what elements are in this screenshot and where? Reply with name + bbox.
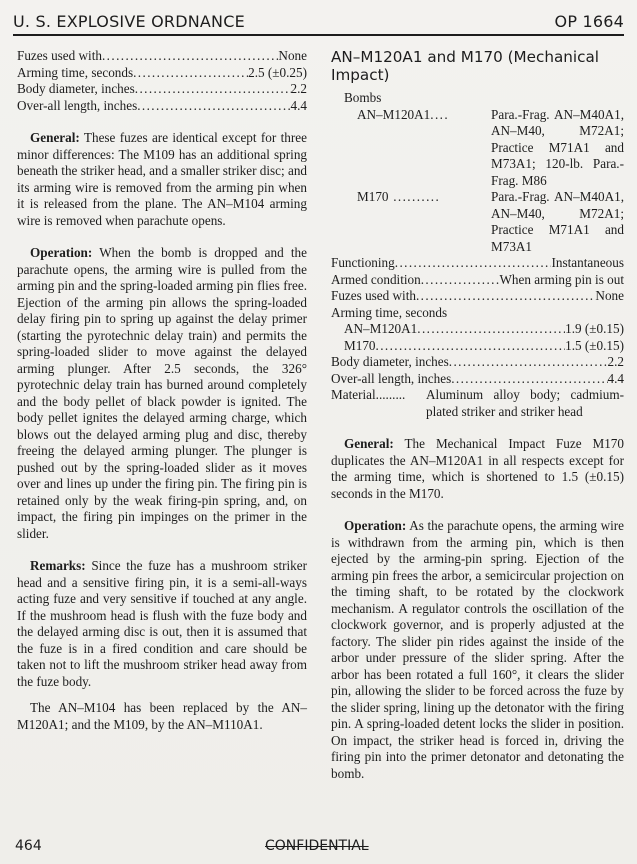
spec-row: Arming time, seconds 2.5 (±0.25) bbox=[17, 65, 307, 82]
arming-time-label: Arming time, seconds bbox=[331, 305, 624, 322]
leader-dots bbox=[133, 65, 248, 82]
spec-label: Fuzes used with bbox=[331, 288, 416, 305]
leader-dots bbox=[451, 371, 607, 388]
left-column: Fuzes used with None Arming time, second… bbox=[17, 48, 307, 733]
classification-mark: CONFIDENTIAL bbox=[265, 838, 369, 854]
spec-label: Body diameter, inches bbox=[331, 354, 449, 371]
operation-text: As the parachute opens, the arming wire … bbox=[331, 518, 624, 781]
spec-label: M170 bbox=[344, 338, 376, 355]
spec-label: Functioning bbox=[331, 255, 395, 272]
spec-label: Over-all length, inches bbox=[17, 98, 137, 115]
spec-label: Fuzes used with bbox=[17, 48, 102, 65]
page-footer: 464 CONFIDENTIAL bbox=[15, 838, 622, 856]
header-title: U. S. EXPLOSIVE ORDNANCE bbox=[13, 12, 245, 31]
operation-text: When the bomb is dropped and the parachu… bbox=[17, 245, 307, 541]
spec-value: Instantaneous bbox=[551, 255, 624, 272]
spec-row: Body diameter, inches 2.2 bbox=[17, 81, 307, 98]
leader-dots bbox=[449, 354, 608, 371]
spec-value: 2.2 bbox=[608, 354, 624, 371]
spec-row: Fuzes used with None bbox=[331, 288, 624, 305]
leader-dots bbox=[135, 81, 291, 98]
spec-label: Over-all length, inches bbox=[331, 371, 451, 388]
bomb-row: AN–M120A1.... Para.-Frag. AN–M40A1, AN–M… bbox=[357, 107, 624, 190]
leader-dots bbox=[395, 255, 552, 272]
page-header: U. S. EXPLOSIVE ORDNANCE OP 1664 bbox=[13, 10, 624, 36]
spec-row: Over-all length, inches 4.4 bbox=[331, 371, 624, 388]
leader-dots bbox=[102, 48, 278, 65]
page-number: 464 bbox=[15, 838, 42, 854]
leader-dots: .......... bbox=[389, 189, 441, 204]
operation-heading: Operation: bbox=[30, 245, 92, 260]
spec-list: Fuzes used with None Arming time, second… bbox=[17, 48, 307, 114]
bomb-list-value: Para.-Frag. AN–M40A1, AN–M40, M72A1; Pra… bbox=[491, 189, 624, 255]
spec-value: When arming pin is out bbox=[499, 272, 624, 289]
leader-dots bbox=[376, 338, 566, 355]
leader-dots bbox=[416, 288, 595, 305]
header-doc-number: OP 1664 bbox=[555, 12, 624, 31]
spec-row: Fuzes used with None bbox=[17, 48, 307, 65]
general-paragraph: General: These fuzes are identical excep… bbox=[17, 130, 307, 229]
spec-value: 4.4 bbox=[608, 371, 624, 388]
spec-list: Functioning Instantaneous Armed conditio… bbox=[331, 255, 624, 420]
remarks-text: Since the fuze has a mushroom striker he… bbox=[17, 558, 307, 689]
replacement-paragraph: The AN–M104 has been replaced by the AN–… bbox=[17, 700, 307, 733]
spec-row: AN–M120A1 1.9 (±0.15) bbox=[331, 321, 624, 338]
spec-value: 4.4 bbox=[291, 98, 307, 115]
spec-label: Armed condition bbox=[331, 272, 421, 289]
operation-paragraph: Operation: When the bomb is dropped and … bbox=[17, 245, 307, 542]
operation-heading: Operation: bbox=[344, 518, 406, 533]
general-heading: General: bbox=[30, 130, 80, 145]
spec-value: None bbox=[278, 48, 307, 65]
spec-value: 1.5 (±0.15) bbox=[565, 338, 624, 355]
general-heading: General: bbox=[344, 436, 394, 451]
bomb-row: M170 .......... Para.-Frag. AN–M40A1, AN… bbox=[357, 189, 624, 255]
spec-value: None bbox=[595, 288, 624, 305]
spec-label: AN–M120A1 bbox=[344, 321, 417, 338]
spec-value: 2.5 (±0.25) bbox=[248, 65, 307, 82]
bomb-fuze-label: M170 bbox=[357, 189, 389, 204]
right-column: AN–M120A1 and M170 (Mechanical Impact) B… bbox=[331, 48, 624, 782]
spec-value: 1.9 (±0.15) bbox=[565, 321, 624, 338]
material-row: Material......... Aluminum alloy body; c… bbox=[331, 387, 624, 420]
operation-paragraph: Operation: As the parachute opens, the a… bbox=[331, 518, 624, 782]
remarks-heading: Remarks: bbox=[30, 558, 86, 573]
section-title: AN–M120A1 and M170 (Mechanical Impact) bbox=[331, 48, 624, 84]
document-page: U. S. EXPLOSIVE ORDNANCE OP 1664 Fuzes u… bbox=[0, 0, 637, 864]
bombs-list: AN–M120A1.... Para.-Frag. AN–M40A1, AN–M… bbox=[331, 107, 624, 256]
spec-label: Arming time, seconds bbox=[17, 65, 133, 82]
remarks-paragraph: Remarks: Since the fuze has a mushroom s… bbox=[17, 558, 307, 690]
bombs-label: Bombs bbox=[331, 90, 624, 107]
spec-row: Functioning Instantaneous bbox=[331, 255, 624, 272]
spec-value: 2.2 bbox=[291, 81, 307, 98]
leader-dots: .... bbox=[430, 107, 449, 122]
bomb-list-value: Para.-Frag. AN–M40A1, AN–M40, M72A1; Pra… bbox=[491, 107, 624, 190]
material-value: Aluminum alloy body; cadmium-plated stri… bbox=[426, 387, 624, 420]
spec-row: M170 1.5 (±0.15) bbox=[331, 338, 624, 355]
leader-dots bbox=[421, 272, 500, 289]
material-label: Material......... bbox=[331, 387, 426, 420]
spec-row: Over-all length, inches 4.4 bbox=[17, 98, 307, 115]
spec-row: Body diameter, inches 2.2 bbox=[331, 354, 624, 371]
general-paragraph: General: The Mechanical Impact Fuze M170… bbox=[331, 436, 624, 502]
spec-label: Body diameter, inches bbox=[17, 81, 135, 98]
bomb-fuze-label: AN–M120A1 bbox=[357, 107, 430, 122]
leader-dots bbox=[417, 321, 565, 338]
leader-dots bbox=[137, 98, 290, 115]
spec-row: Armed condition When arming pin is out bbox=[331, 272, 624, 289]
